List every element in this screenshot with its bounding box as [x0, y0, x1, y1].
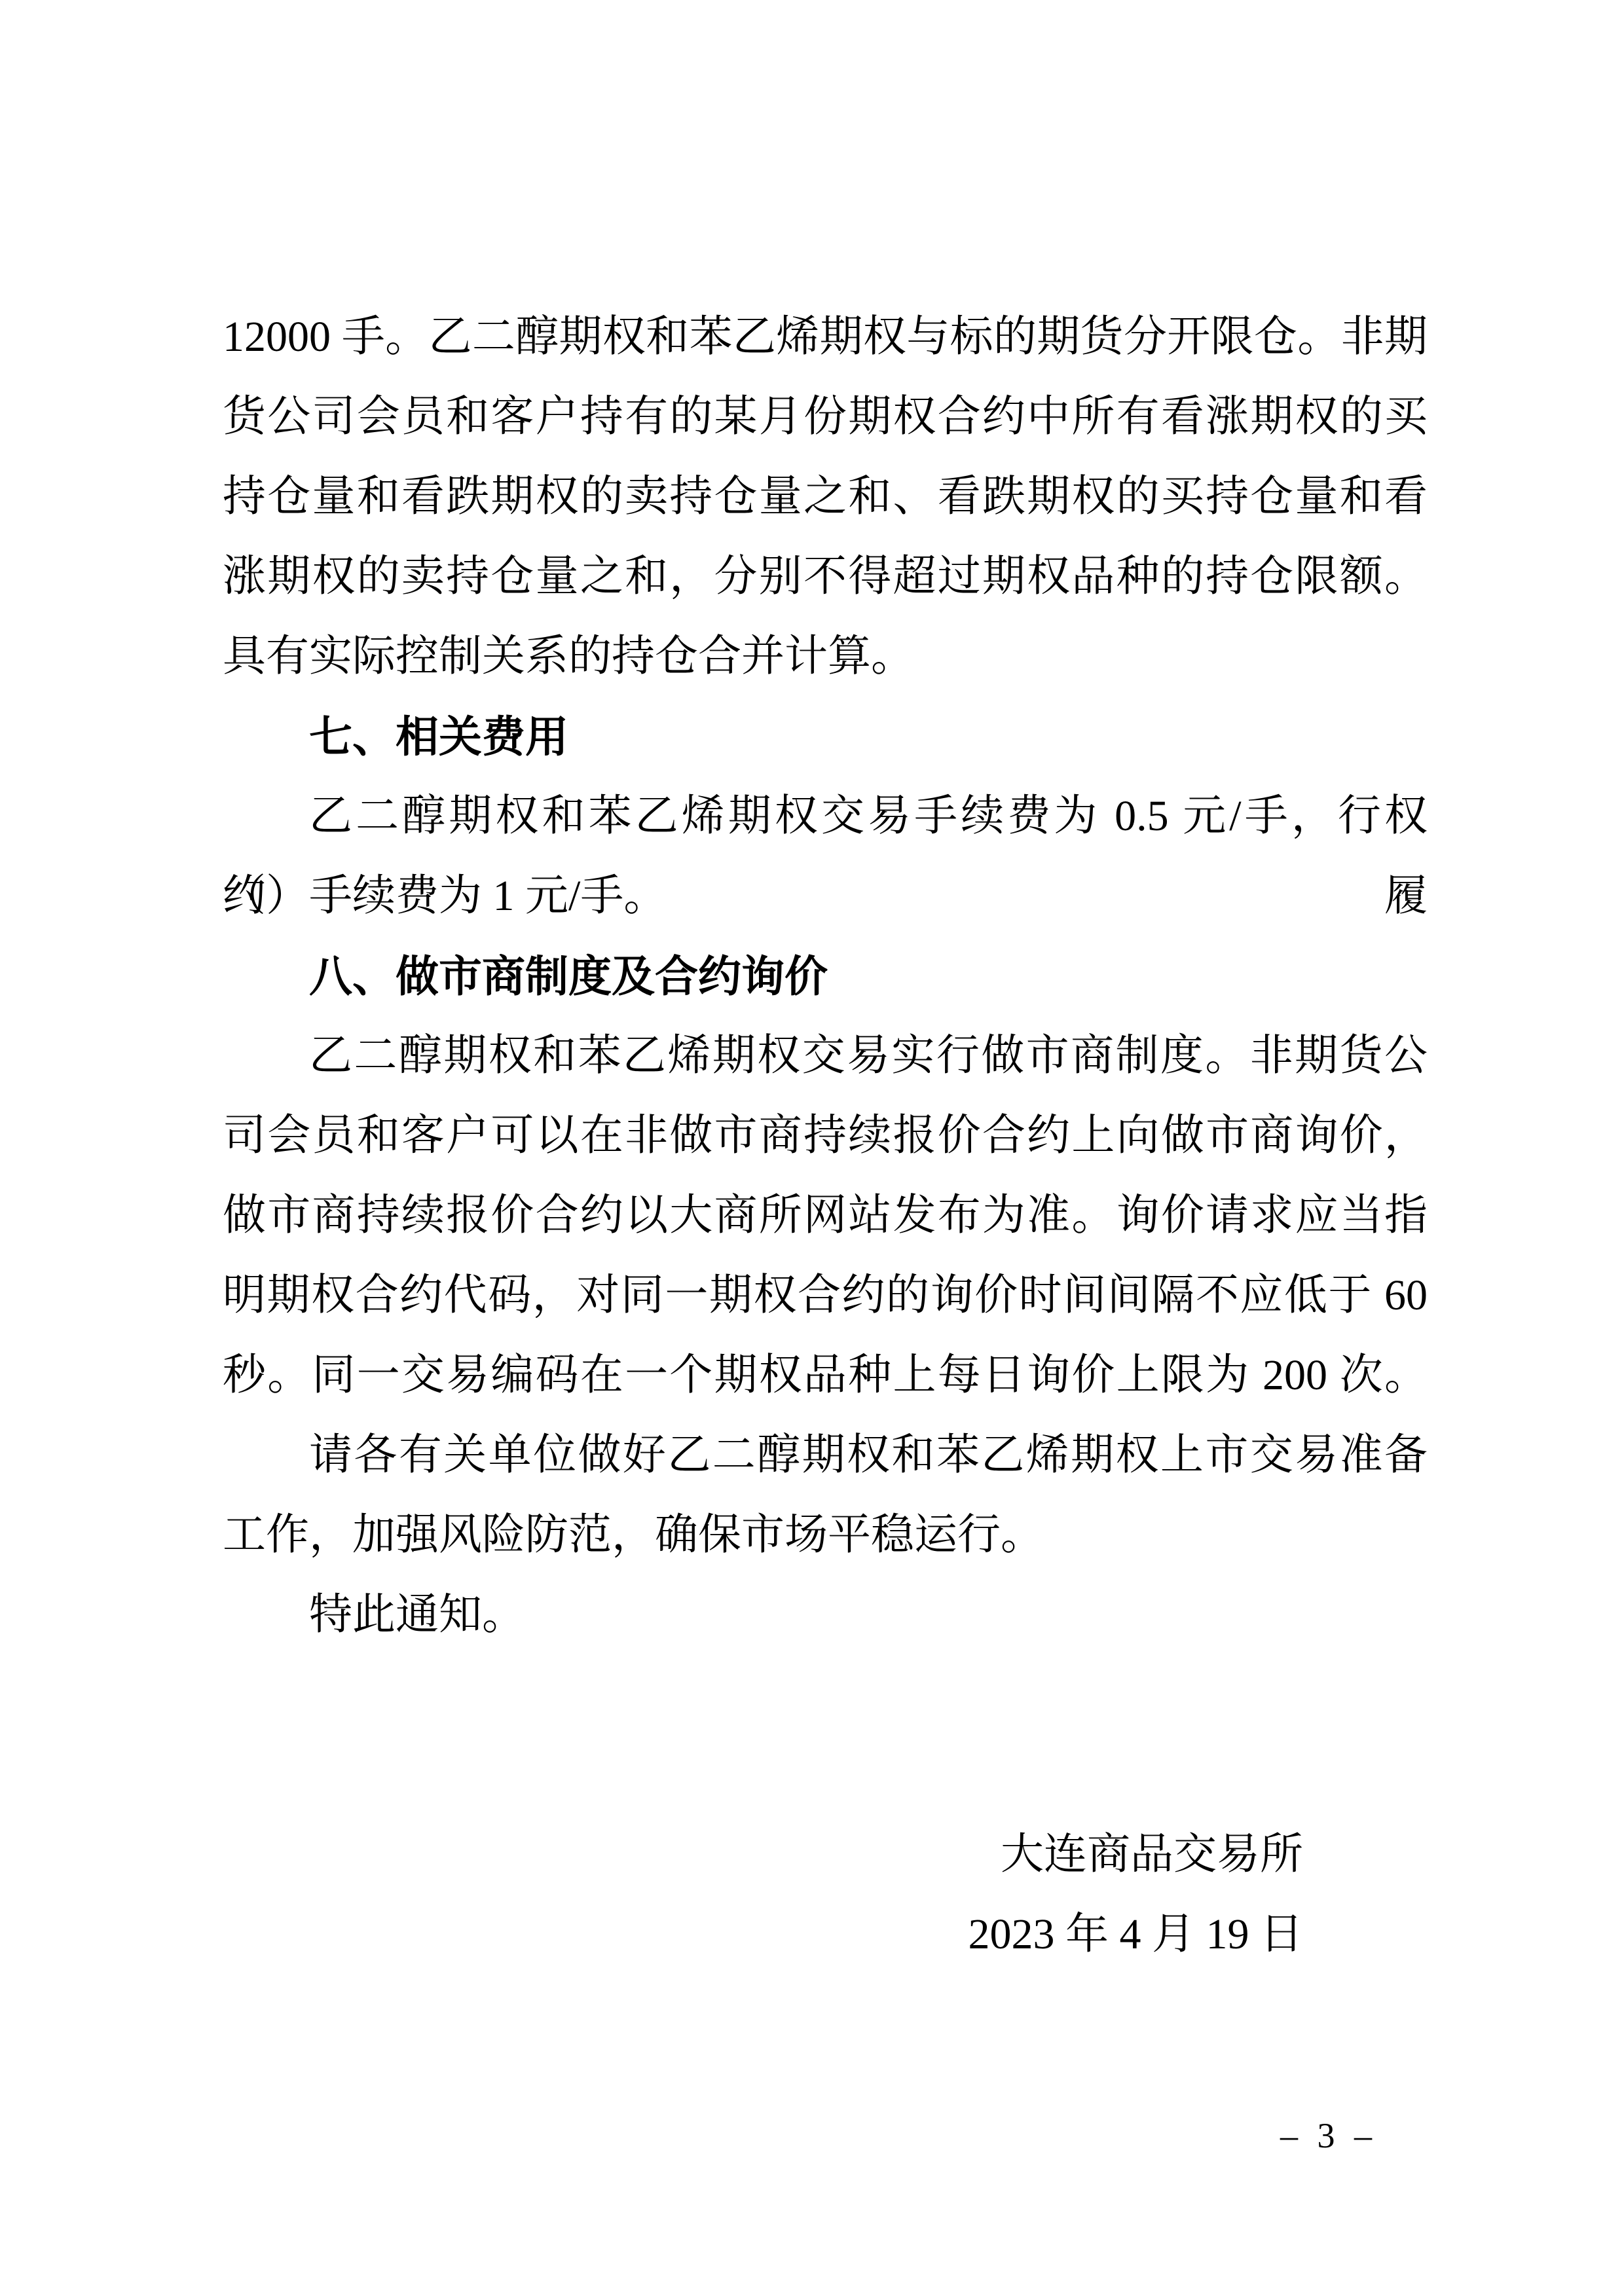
- page-number: – 3 –: [1280, 2116, 1377, 2155]
- signature-date: 2023 年 4 月 19 日: [223, 1895, 1428, 1975]
- body-line: 做市商持续报价合约以大商所网站发布为准。询价请求应当指: [223, 1176, 1428, 1256]
- body-line: 工作，加强风险防范，确保市场平稳运行。: [223, 1495, 1428, 1575]
- body-line: 具有实际控制关系的持仓合并计算。: [223, 617, 1428, 697]
- body-line: 货公司会员和客户持有的某月份期权合约中所有看涨期权的买: [223, 377, 1428, 457]
- body-line: 持仓量和看跌期权的卖持仓量之和、看跌期权的买持仓量和看: [223, 457, 1428, 537]
- section-heading-7: 七、相关费用: [223, 697, 1428, 776]
- closing-line: 特此通知。: [223, 1575, 1428, 1655]
- notice-body: 12000 手。乙二醇期权和苯乙烯期权与标的期货分开限仓。非期 货公司会员和客户…: [223, 297, 1428, 1975]
- body-line: 涨期权的卖持仓量之和，分别不得超过期权品种的持仓限额。: [223, 537, 1428, 617]
- body-line: 明期权合约代码，对同一期权合约的询价时间间隔不应低于 60: [223, 1256, 1428, 1336]
- body-line: 司会员和客户可以在非做市商持续报价合约上向做市商询价，: [223, 1096, 1428, 1176]
- signature-org: 大连商品交易所: [223, 1815, 1428, 1895]
- spacer-line: [223, 1655, 1428, 1735]
- body-line: 乙二醇期权和苯乙烯期权交易实行做市商制度。非期货公: [223, 1016, 1428, 1096]
- section-heading-8: 八、做市商制度及合约询价: [223, 936, 1428, 1016]
- body-line: 12000 手。乙二醇期权和苯乙烯期权与标的期货分开限仓。非期: [223, 297, 1428, 377]
- body-line: 乙二醇期权和苯乙烯期权交易手续费为 0.5 元/手，行权（履: [223, 776, 1428, 856]
- body-line: 请各有关单位做好乙二醇期权和苯乙烯期权上市交易准备: [223, 1415, 1428, 1495]
- document-page: 12000 手。乙二醇期权和苯乙烯期权与标的期货分开限仓。非期 货公司会员和客户…: [0, 0, 1624, 2296]
- body-line: 秒。同一交易编码在一个期权品种上每日询价上限为 200 次。: [223, 1336, 1428, 1415]
- spacer-line: [223, 1735, 1428, 1815]
